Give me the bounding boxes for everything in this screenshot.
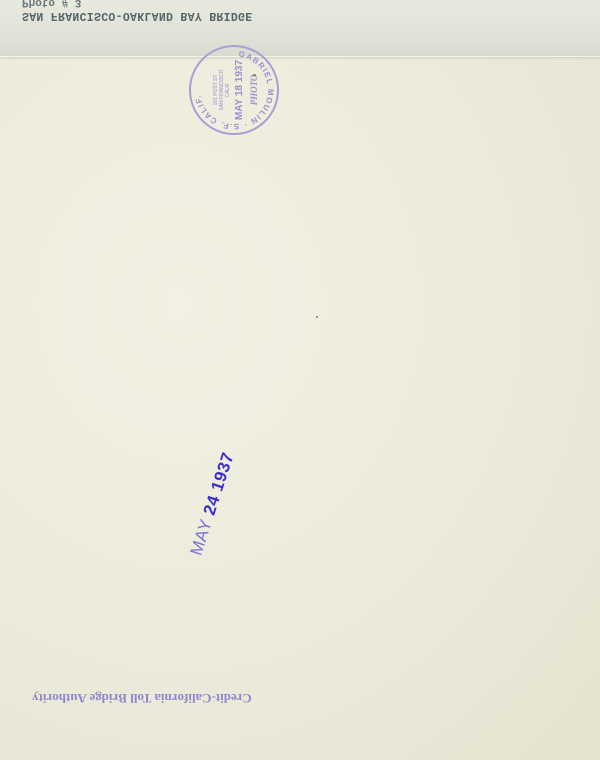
photographer-stamp: GABRIEL MOULIN · S.F. CALIF. PHOTO MAY 1… xyxy=(189,45,279,135)
strip-line-1: Photo # 3 xyxy=(22,0,81,8)
strip-line-2: SAN FRANCISCO-OAKLAND BAY BRIDGE xyxy=(22,9,252,22)
stamp-address: 181 POST ST SAN FRANCISCO CALIF. xyxy=(213,61,231,119)
paper-speck xyxy=(253,74,256,76)
caption-overlay-strip: Photo # 3 SAN FRANCISCO-OAKLAND BAY BRID… xyxy=(0,0,600,57)
photo-back-paper xyxy=(0,0,600,760)
paper-speck xyxy=(316,316,318,318)
credit-line: Credit-California Toll Bridge Authority xyxy=(32,690,252,706)
stamp-date: MAY 18 1937 xyxy=(234,51,245,129)
stamp-label: PHOTO xyxy=(249,57,259,123)
